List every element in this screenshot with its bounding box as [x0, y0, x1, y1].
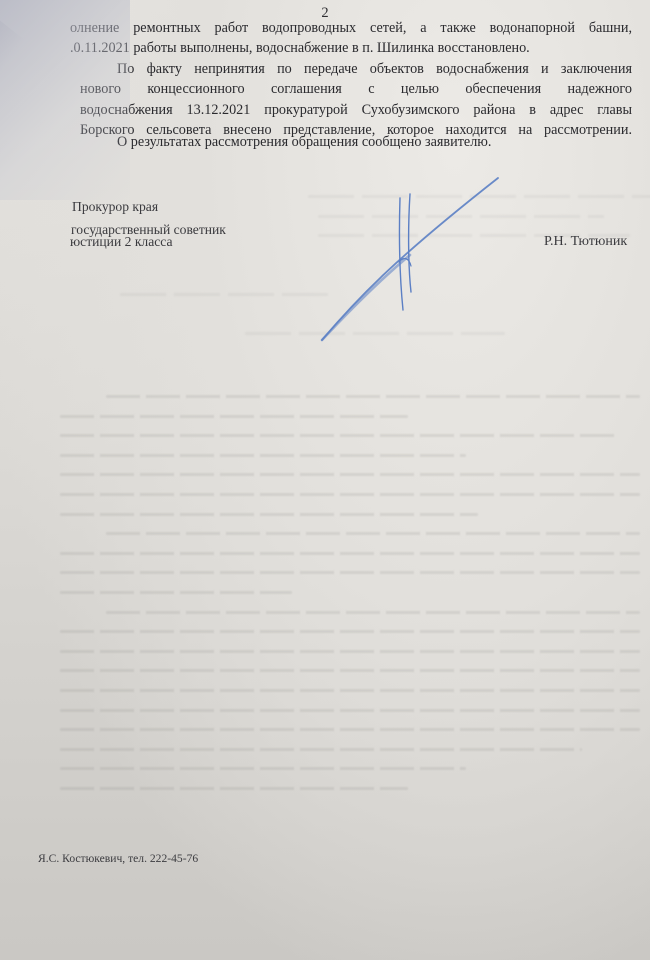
signer-rank-line-2: юстиции 2 класса	[70, 235, 173, 248]
body-line: О результатах рассмотрения обращения соо…	[80, 132, 632, 152]
document-page: 2 олнение ремонтных работ водопроводных …	[0, 0, 650, 960]
body-line: .0.11.2021 работы выполнены, водоснабжен…	[70, 38, 632, 58]
signer-position: Прокурор края	[72, 200, 158, 213]
paragraph-result: О результатах рассмотрения обращения соо…	[80, 132, 632, 152]
executor-contact: Я.С. Костюкевич, тел. 222-45-76	[38, 852, 198, 865]
body-line: водоснабжения 13.12.2021 прокуратурой Су…	[80, 100, 632, 120]
photo-shadow-diagonal	[0, 0, 25, 907]
body-line: По факту непринятия по передаче объектов…	[80, 59, 632, 79]
show-through-text-lower	[60, 395, 640, 806]
body-line: нового концессионного соглашения с целью…	[80, 79, 632, 99]
handwritten-signature	[300, 170, 520, 350]
paragraph-continuation: олнение ремонтных работ водопроводных се…	[70, 18, 632, 59]
paragraph-representation: По факту непринятия по передаче объектов…	[80, 59, 632, 141]
signer-name: Р.Н. Тютюник	[544, 235, 627, 248]
body-line: олнение ремонтных работ водопроводных се…	[70, 18, 632, 38]
